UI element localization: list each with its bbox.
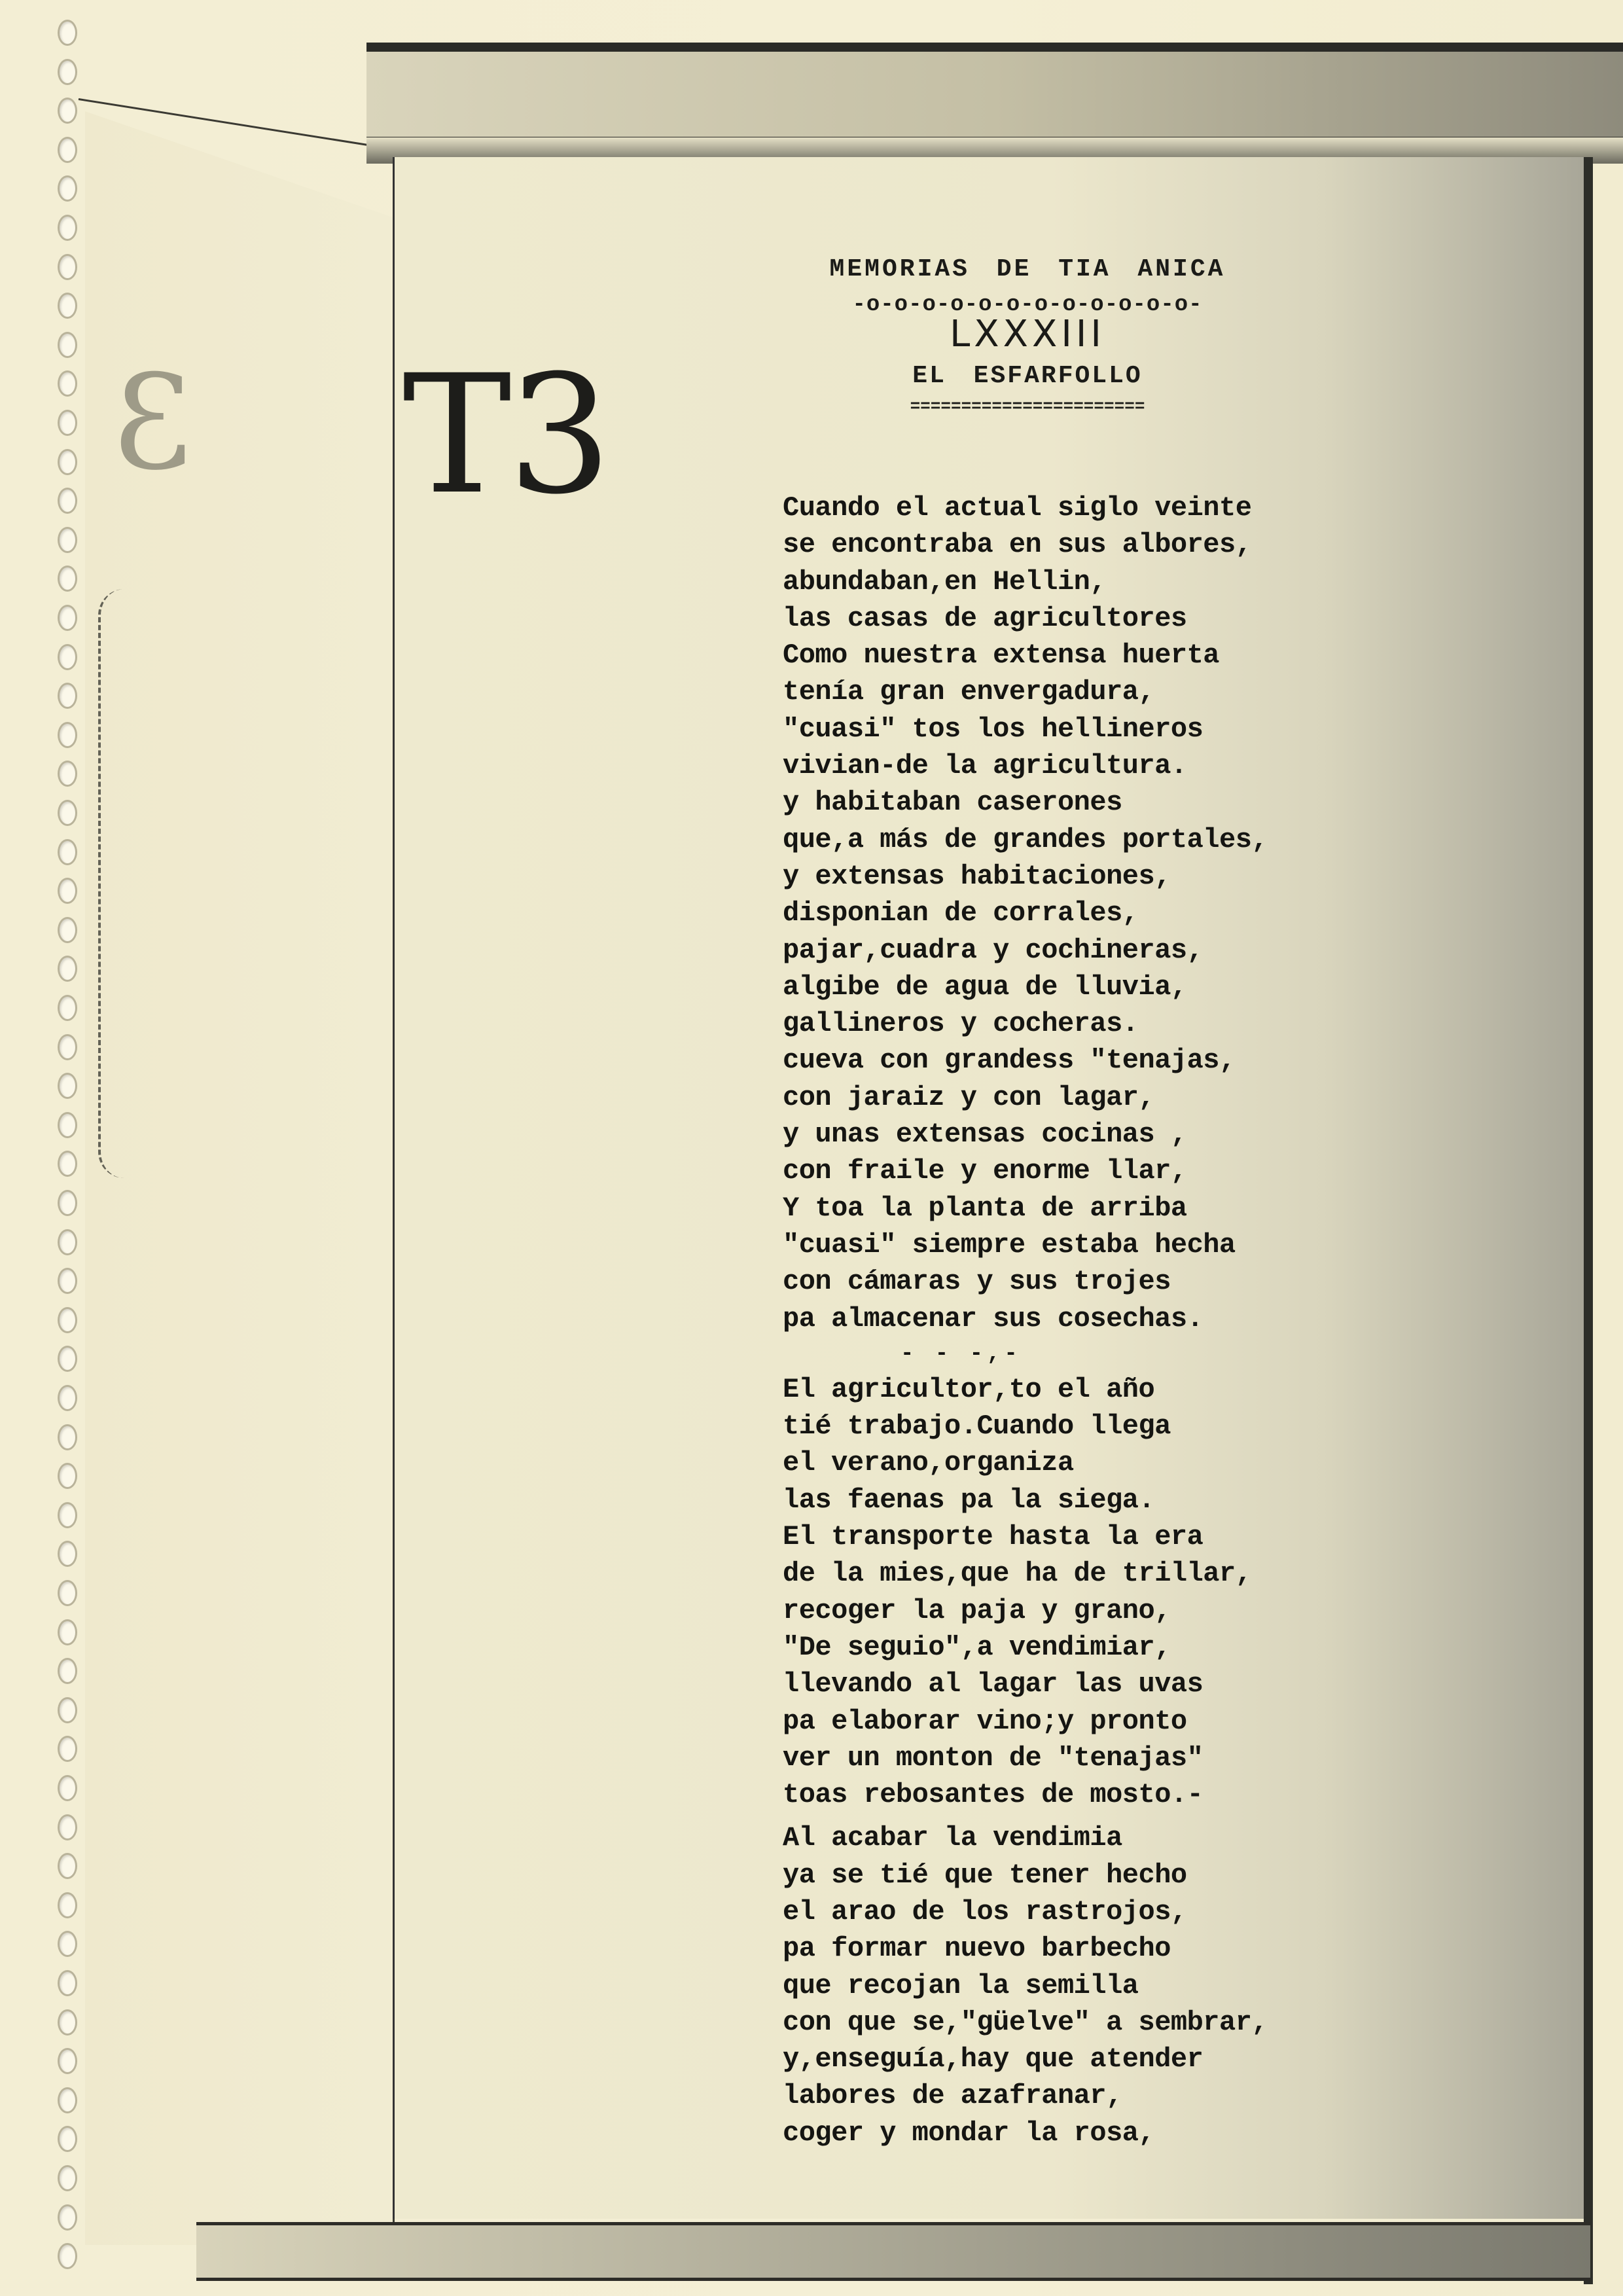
binder-hole bbox=[58, 1970, 77, 1996]
binder-hole bbox=[58, 449, 77, 475]
binder-hole bbox=[58, 2048, 77, 2074]
binder-hole bbox=[58, 722, 77, 748]
binder-hole bbox=[58, 1619, 77, 1645]
verse-line: con fraile y enorme llar, bbox=[783, 1153, 1372, 1189]
verse-line: coger y mondar la rosa, bbox=[783, 2115, 1372, 2151]
binder-hole bbox=[58, 137, 77, 163]
binder-hole bbox=[58, 2165, 77, 2191]
verse-line: "cuasi" siempre estaba hecha bbox=[783, 1227, 1372, 1263]
verse-line: "cuasi" tos los hellineros bbox=[783, 711, 1372, 747]
stanza: Cuando el actual siglo veintese encontra… bbox=[783, 490, 1372, 1337]
verse-line: pa elaborar vino;y pronto bbox=[783, 1703, 1372, 1740]
verse-line: las casas de agricultores bbox=[783, 600, 1372, 637]
stanza: - - -,-El agricultor,to el añotié trabaj… bbox=[783, 1337, 1372, 1814]
binder-hole bbox=[58, 1931, 77, 1957]
binder-hole bbox=[58, 917, 77, 943]
binder-hole bbox=[58, 2009, 77, 2036]
photocopy-right-edge bbox=[1584, 157, 1593, 2284]
verse-line: con cámaras y sus trojes bbox=[783, 1263, 1372, 1300]
binder-hole bbox=[58, 175, 77, 202]
binder-hole bbox=[58, 410, 77, 436]
verse-line: que,a más de grandes portales, bbox=[783, 821, 1372, 858]
binder-hole bbox=[58, 956, 77, 982]
binder-hole bbox=[58, 1658, 77, 1684]
series-title: MEMORIAS DE TIA ANICA bbox=[779, 255, 1276, 283]
binder-hole bbox=[58, 1424, 77, 1450]
binder-hole bbox=[58, 1541, 77, 1567]
binder-hole bbox=[58, 1190, 77, 1216]
stanza-gap bbox=[783, 1813, 1372, 1820]
binder-hole bbox=[58, 2243, 77, 2269]
verse-line: "De seguio",a vendimiar, bbox=[783, 1629, 1372, 1666]
verse-line: El agricultor,to el año bbox=[783, 1371, 1372, 1408]
binder-hole bbox=[58, 800, 77, 826]
binder-hole bbox=[58, 1502, 77, 1528]
verse-line: Como nuestra extensa huerta bbox=[783, 637, 1372, 673]
verse-line: ver un monton de "tenajas" bbox=[783, 1740, 1372, 1776]
photocopy-top-band bbox=[366, 43, 1623, 141]
binder-hole bbox=[58, 1463, 77, 1489]
binder-hole bbox=[58, 370, 77, 397]
binder-hole bbox=[58, 644, 77, 670]
verse-line: vivian-de la agricultura. bbox=[783, 747, 1372, 784]
verse-line: y unas extensas cocinas , bbox=[783, 1116, 1372, 1153]
binder-hole bbox=[58, 2204, 77, 2231]
verse-line: llevando al lagar las uvas bbox=[783, 1666, 1372, 1702]
verse-line: y extensas habitaciones, bbox=[783, 858, 1372, 895]
stanza-separator: - - -,- bbox=[783, 1337, 1372, 1371]
binder-hole bbox=[58, 215, 77, 241]
binder-hole bbox=[58, 839, 77, 865]
verse-line: recoger la paja y grano, bbox=[783, 1592, 1372, 1629]
chapter-number: LXXXIII bbox=[779, 316, 1276, 353]
verse-line: abundaban,en Hellin, bbox=[783, 564, 1372, 600]
binder-hole bbox=[58, 1346, 77, 1372]
binder-hole bbox=[58, 2087, 77, 2113]
dashed-pencil-trace bbox=[98, 589, 179, 1178]
verse-line: algibe de agua de lluvia, bbox=[783, 969, 1372, 1005]
binder-hole bbox=[58, 1814, 77, 1840]
binder-hole bbox=[58, 98, 77, 124]
binder-hole bbox=[58, 254, 77, 280]
poem-body: Cuando el actual siglo veintese encontra… bbox=[783, 490, 1372, 2151]
binder-hole bbox=[58, 1151, 77, 1177]
binder-hole bbox=[58, 605, 77, 631]
verse-line: toas rebosantes de mosto.- bbox=[783, 1776, 1372, 1813]
verse-line: gallineros y cocheras. bbox=[783, 1005, 1372, 1042]
verse-line: El transporte hasta la era bbox=[783, 1518, 1372, 1555]
verse-line: que recojan la semilla bbox=[783, 1967, 1372, 2004]
verse-line: las faenas pa la siega. bbox=[783, 1482, 1372, 1518]
verse-line: con que se,"güelve" a sembrar, bbox=[783, 2004, 1372, 2041]
verse-line: el verano,organiza bbox=[783, 1444, 1372, 1481]
verse-line: pajar,cuadra y cochineras, bbox=[783, 932, 1372, 969]
binder-hole bbox=[58, 1580, 77, 1606]
binder-hole bbox=[58, 683, 77, 709]
binder-hole bbox=[58, 1385, 77, 1411]
binder-hole bbox=[58, 293, 77, 319]
binder-hole bbox=[58, 565, 77, 592]
verse-line: con jaraiz y con lagar, bbox=[783, 1079, 1372, 1116]
verse-line: cueva con grandess "tenajas, bbox=[783, 1042, 1372, 1079]
binder-hole bbox=[58, 2126, 77, 2152]
verse-line: ya se tié que tener hecho bbox=[783, 1857, 1372, 1893]
verse-line: tenía gran envergadura, bbox=[783, 673, 1372, 710]
binder-hole bbox=[58, 1307, 77, 1333]
binder-hole bbox=[58, 995, 77, 1021]
binder-hole bbox=[58, 878, 77, 904]
title-underline: ======================= bbox=[779, 397, 1276, 416]
verse-line: pa almacenar sus cosechas. bbox=[783, 1300, 1372, 1337]
binder-hole bbox=[58, 1736, 77, 1762]
binder-holes bbox=[58, 20, 81, 2284]
photocopy-bottom-band bbox=[196, 2222, 1590, 2281]
binder-hole bbox=[58, 1073, 77, 1099]
verse-line: labores de azafranar, bbox=[783, 2077, 1372, 2114]
binder-hole bbox=[58, 527, 77, 553]
stanza: Al acabar la vendimiaya se tié que tener… bbox=[783, 1813, 1372, 2151]
binder-hole bbox=[58, 1775, 77, 1801]
binder-hole bbox=[58, 1853, 77, 1879]
binder-hole bbox=[58, 1034, 77, 1060]
verse-line: tié trabajo.Cuando llega bbox=[783, 1408, 1372, 1444]
folio-stamp: T3 bbox=[402, 353, 608, 517]
ghost-folio-number: 3 bbox=[111, 347, 194, 499]
binder-hole bbox=[58, 1892, 77, 1918]
binder-hole bbox=[58, 332, 77, 358]
binder-hole bbox=[58, 59, 77, 85]
verse-line: Cuando el actual siglo veinte bbox=[783, 490, 1372, 526]
verse-line: y,enseguía,hay que atender bbox=[783, 2041, 1372, 2077]
document-header: MEMORIAS DE TIA ANICA -o-o-o-o-o-o-o-o-o… bbox=[779, 255, 1276, 416]
verse-line: y habitaban caserones bbox=[783, 784, 1372, 821]
binder-hole bbox=[58, 488, 77, 514]
verse-line: se encontraba en sus albores, bbox=[783, 526, 1372, 563]
binder-hole bbox=[58, 1268, 77, 1294]
binder-hole bbox=[58, 1229, 77, 1255]
binder-hole bbox=[58, 1112, 77, 1138]
binder-hole bbox=[58, 20, 77, 46]
verse-line: Y toa la planta de arriba bbox=[783, 1190, 1372, 1227]
verse-line: Al acabar la vendimia bbox=[783, 1820, 1372, 1856]
verse-line: disponian de corrales, bbox=[783, 895, 1372, 931]
poem-title: EL ESFARFOLLO bbox=[779, 362, 1276, 390]
verse-line: pa formar nuevo barbecho bbox=[783, 1930, 1372, 1967]
binder-hole bbox=[58, 761, 77, 787]
verse-line: el arao de los rastrojos, bbox=[783, 1893, 1372, 1930]
verse-line: de la mies,que ha de trillar, bbox=[783, 1555, 1372, 1592]
binder-hole bbox=[58, 1697, 77, 1723]
